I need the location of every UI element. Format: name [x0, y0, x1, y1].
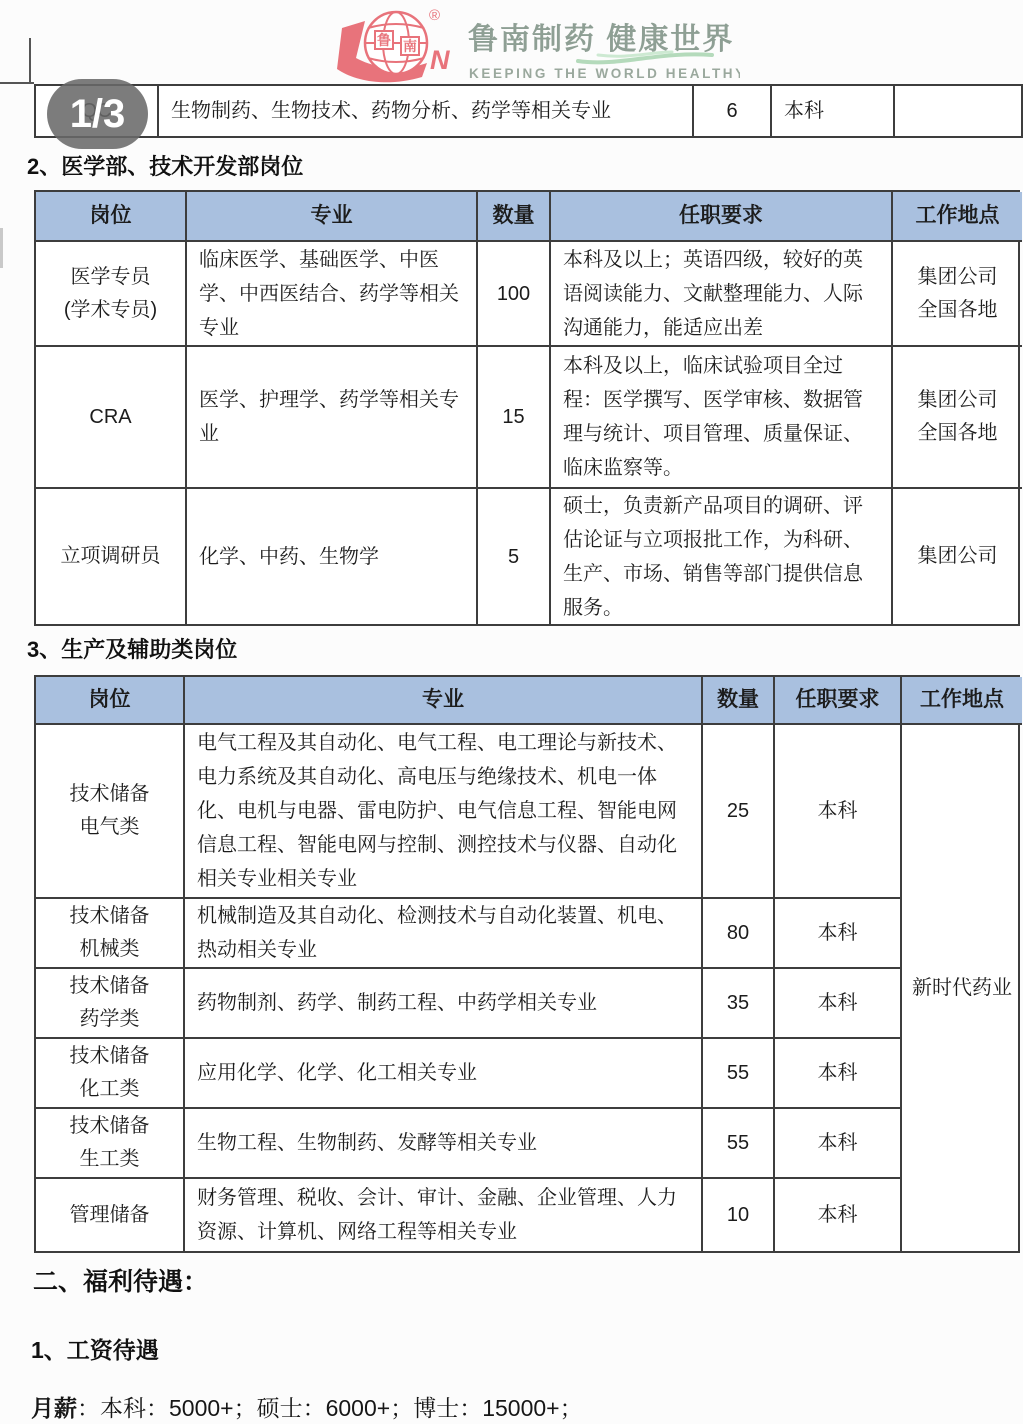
column-header-count: 数量 — [478, 192, 551, 242]
logo-mark-char-1: 鲁 — [377, 32, 391, 48]
brand-slogan-en: KEEPING THE WORLD HEALTHY — [469, 66, 740, 81]
salary-values: ：本科：5000+；硕士：6000+；博士：15000+； — [77, 1395, 583, 1421]
column-header-major: 专业 — [185, 677, 703, 725]
column-header-location: 工作地点 — [902, 677, 1022, 725]
section-3-title: 3、生产及辅助类岗位 — [27, 633, 237, 664]
salary-detail-line: 月薪：本科：5000+；硕士：6000+；博士：15000+； — [31, 1390, 583, 1423]
table-cell-count: 6 — [694, 86, 772, 136]
table-cell-requirement: 本科 — [775, 969, 902, 1039]
table-cell-count: 15 — [478, 347, 551, 489]
table-cell-position: 技术储备 生工类 — [36, 1109, 185, 1179]
table-cell-location: 集团公司 全国各地 — [893, 347, 1022, 489]
top-partial-table: QC 生物制药、生物技术、药物分析、药学等相关专业 6 本科 — [34, 84, 1023, 138]
logo-mark-char-2: 南 — [403, 38, 417, 54]
table-cell-requirement: 本科 — [775, 899, 902, 969]
table-cell-requirement: 本科 — [775, 1179, 902, 1251]
page-number-badge: 1/3 — [47, 79, 148, 149]
table-cell-position: 技术储备 机械类 — [36, 899, 185, 969]
table-cell-count: 10 — [703, 1179, 775, 1251]
table-cell-position: 管理储备 — [36, 1179, 185, 1251]
scan-edge-mark — [0, 228, 3, 268]
medical-dept-table: 岗位 专业 数量 任职要求 工作地点 医学专员 (学术专员) 临床医学、基础医学… — [34, 190, 1020, 626]
table-cell-requirement: 硕士，负责新产品项目的调研、评估论证与立项报批工作，为科研、生产、市场、销售等部… — [551, 489, 893, 624]
table-cell-major: 药物制剂、药学、制药工程、中药学相关专业 — [185, 969, 703, 1039]
table-cell-requirement: 本科 — [775, 1109, 902, 1179]
table-cell-count: 35 — [703, 969, 775, 1039]
table-cell-count: 80 — [703, 899, 775, 969]
table-cell-major: 临床医学、基础医学、中医学、中西医结合、药学等相关专业 — [187, 242, 478, 347]
table-cell-major: 生物工程、生物制药、发酵等相关专业 — [185, 1109, 703, 1179]
salary-label: 月薪 — [31, 1395, 77, 1421]
column-header-position: 岗位 — [36, 192, 187, 242]
table-cell-position: 医学专员 (学术专员) — [36, 242, 187, 347]
scan-line-vertical — [29, 38, 31, 84]
table-cell-major: 财务管理、税收、会计、审计、金融、企业管理、人力资源、计算机、网络工程等相关专业 — [185, 1179, 703, 1251]
table-cell-count: 25 — [703, 725, 775, 899]
leaf-swoosh-icon — [578, 52, 712, 62]
column-header-requirement: 任职要求 — [551, 192, 893, 242]
section-2-title: 2、医学部、技术开发部岗位 — [27, 150, 303, 181]
table-cell-location: 集团公司 — [893, 489, 1022, 624]
table-cell-major: 医学、护理学、药学等相关专业 — [187, 347, 478, 489]
column-header-requirement: 任职要求 — [775, 677, 902, 725]
column-header-position: 岗位 — [36, 677, 185, 725]
table-cell-requirement: 本科及以上，临床试验项目全过程：医学撰写、医学审核、数据管理与统计、项目管理、质… — [551, 347, 893, 489]
table-cell-requirement: 本科 — [772, 86, 895, 136]
logo-mark-letter-n: N — [430, 45, 450, 75]
scan-line-horizontal — [0, 82, 34, 84]
registered-trademark-icon: ® — [429, 7, 440, 24]
lunan-pharma-logo: 鲁 南 ® N 鲁南制药 健康世界 KEEPING THE WORLD HEAL… — [330, 4, 740, 86]
table-cell-position: 技术储备 化工类 — [36, 1039, 185, 1109]
table-cell-location-merged: 新时代药业 — [902, 725, 1022, 1251]
table-cell-requirement: 本科 — [775, 1039, 902, 1109]
table-cell-requirement: 本科 — [775, 725, 902, 899]
column-header-count: 数量 — [703, 677, 775, 725]
salary-heading: 1、工资待遇 — [31, 1332, 159, 1365]
table-cell-count: 55 — [703, 1109, 775, 1179]
table-cell-major: 化学、中药、生物学 — [187, 489, 478, 624]
table-cell-major: 生物制药、生物技术、药物分析、药学等相关专业 — [159, 86, 694, 136]
table-cell-position: 技术储备 电气类 — [36, 725, 185, 899]
table-cell-position: CRA — [36, 347, 187, 489]
brand-name-cn: 鲁南制药 健康世界 — [468, 22, 734, 56]
table-cell-major: 应用化学、化学、化工相关专业 — [185, 1039, 703, 1109]
benefits-heading: 二、福利待遇： — [33, 1262, 208, 1298]
column-header-major: 专业 — [187, 192, 478, 242]
table-cell-position: 技术储备 药学类 — [36, 969, 185, 1039]
table-cell-major: 电气工程及其自动化、电气工程、电工理论与新技术、电力系统及其自动化、高电压与绝缘… — [185, 725, 703, 899]
table-cell-count: 100 — [478, 242, 551, 347]
globe-icon: 鲁 南 ® N — [337, 7, 450, 82]
table-cell-count: 55 — [703, 1039, 775, 1109]
table-cell-position: 立项调研员 — [36, 489, 187, 624]
production-table: 岗位 专业 数量 任职要求 工作地点 新时代药业 技术储备 电气类 电气工程及其… — [34, 675, 1020, 1253]
table-cell-count: 5 — [478, 489, 551, 624]
table-cell-location — [895, 86, 1021, 136]
table-cell-major: 机械制造及其自动化、检测技术与自动化装置、机电、热动相关专业 — [185, 899, 703, 969]
table-cell-requirement: 本科及以上；英语四级，较好的英语阅读能力、文献整理能力、人际沟通能力，能适应出差 — [551, 242, 893, 347]
column-header-location: 工作地点 — [893, 192, 1022, 242]
table-cell-location: 集团公司 全国各地 — [893, 242, 1022, 347]
